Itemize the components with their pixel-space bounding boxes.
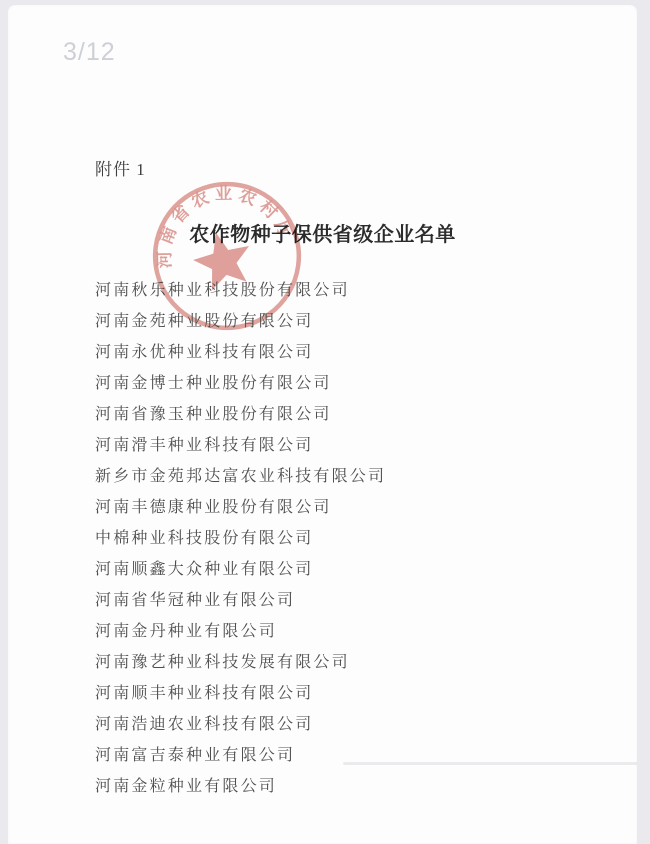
company-list-item: 河南顺鑫大众种业有限公司 [95,554,386,585]
company-list-item: 河南省豫玉种业股份有限公司 [95,399,386,430]
company-list-item: 河南丰德康种业股份有限公司 [95,492,386,523]
company-list-item: 新乡市金苑邦达富农业科技有限公司 [95,461,386,492]
company-list-item: 河南顺丰种业科技有限公司 [95,678,386,709]
company-list-item: 河南永优种业科技有限公司 [95,337,386,368]
company-list-item: 河南富吉泰种业有限公司 [95,740,386,771]
company-list-item: 河南豫艺种业科技发展有限公司 [95,647,386,678]
page-indicator: 3/12 [63,38,116,67]
company-list-item: 河南秋乐种业科技股份有限公司 [95,275,386,306]
attachment-label: 附件 1 [95,155,146,180]
company-list: 河南秋乐种业科技股份有限公司河南金苑种业股份有限公司河南永优种业科技有限公司河南… [95,275,386,802]
document-viewer-frame: 3/12 附件 1 农作物种子保供省级企业名单 河南省农业农村厅 河南秋乐种业科… [0,0,650,844]
document-page[interactable]: 3/12 附件 1 农作物种子保供省级企业名单 河南省农业农村厅 河南秋乐种业科… [8,5,637,844]
company-list-item: 河南金博士种业股份有限公司 [95,368,386,399]
company-list-item: 河南省华冠种业有限公司 [95,585,386,616]
company-list-item: 河南浩迪农业科技有限公司 [95,709,386,740]
scan-artifact-line [343,762,637,765]
company-list-item: 河南滑丰种业科技有限公司 [95,430,386,461]
company-list-item: 河南金粒种业有限公司 [95,771,386,802]
company-list-item: 河南金丹种业有限公司 [95,616,386,647]
company-list-item: 中棉种业科技股份有限公司 [95,523,386,554]
company-list-item: 河南金苑种业股份有限公司 [95,306,386,337]
document-title: 农作物种子保供省级企业名单 [8,218,637,247]
